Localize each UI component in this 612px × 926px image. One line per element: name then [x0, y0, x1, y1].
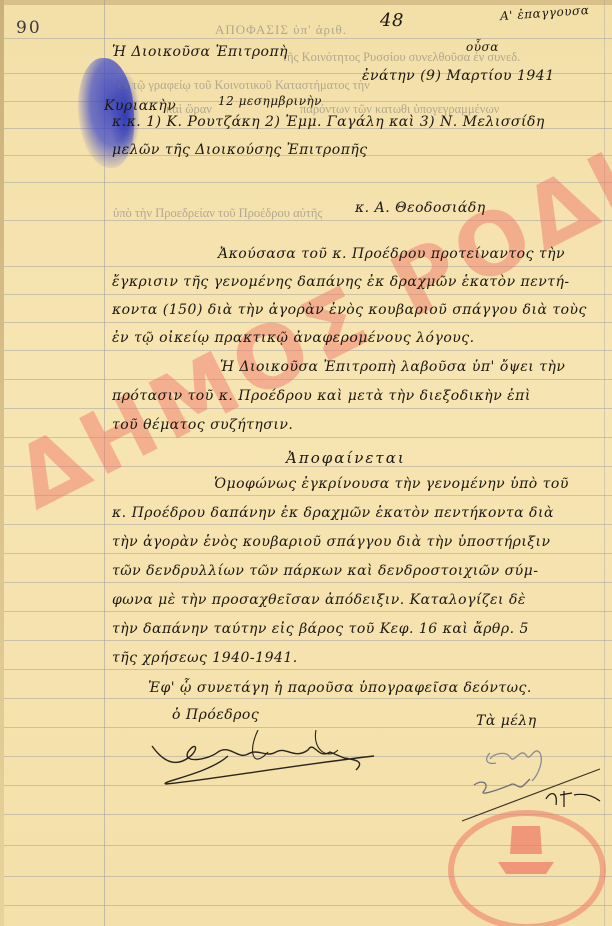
body-line: Ἡ Διοικοῦσα Ἐπιτροπὴ λαβοῦσα ὑπ' ὄψει τὴ…: [220, 359, 565, 375]
body-line: Ἀκούσασα τοῦ κ. Προέδρου προτείναντος τὴ…: [218, 246, 565, 262]
ruled-line: [0, 640, 612, 641]
body-line: τοῦ θέματος συζήτησιν.: [112, 417, 293, 433]
president-name: κ. Α. Θεοδοσιάδη: [355, 200, 486, 216]
body-line: κοντα (150) διὰ τὴν ἀγορὰν ἑνὸς κουβαριο…: [112, 302, 587, 318]
members-present: κ.κ. 1) Κ. Ρουτζάκη 2) Ἐμμ. Γαγάλη καὶ 3…: [112, 114, 545, 130]
session-label: Α' ἐπαγγουσα: [500, 3, 590, 23]
ruled-line: [0, 524, 612, 525]
printed-decision-header: ΑΠΟΦΑΣΙΣ ὑπ' ἀριθ.: [215, 22, 347, 38]
decision-heading: Ἀποφαίνεται: [286, 449, 406, 467]
ruled-line: [0, 38, 612, 39]
decision-line: κ. Προέδρου δαπάνην ἐκ δραχμῶν ἑκατὸν πε…: [112, 505, 554, 521]
body-line: πρότασιν τοῦ κ. Προέδρου καὶ μετὰ τὴν δι…: [112, 388, 531, 404]
page-number: 90: [16, 18, 42, 38]
decision-number: 48: [380, 10, 404, 31]
president-label: ὁ Πρόεδρος: [172, 707, 259, 723]
closing-statement: Ἐφ' ᾧ συνετάγη ἡ παροῦσα ὑπογραφεῖσα δεό…: [148, 680, 532, 696]
printed-line: ἐν τῷ γραφείῳ τοῦ Κοινοτικοῦ Καταστήματο…: [118, 78, 370, 93]
header-line: μελῶν τῆς Διοικούσης Ἐπιτροπῆς: [112, 142, 368, 158]
ruled-line: [0, 582, 612, 583]
ruled-line: [0, 611, 612, 612]
document-page: ΔΗΜΟΣ ΡΟΔΙΩΝ 90 ΑΠΟΦΑΣΙΣ ὑπ' ἀριθ. 48 Α'…: [0, 0, 612, 926]
decision-line: τῶν δενδρυλλίων τῶν πάρκων καὶ δενδροστο…: [112, 563, 539, 579]
ruled-line: [0, 553, 612, 554]
decision-line: τὴν ἀγορὰν ἑνὸς κουβαριοῦ σπάγγου διὰ τὴ…: [112, 534, 551, 550]
ruled-line: [0, 698, 612, 699]
members-label: Τὰ μέλη: [476, 713, 537, 729]
decision-line: Ὁμοφώνως ἐγκρίνουσα τὴν γενομένην ὑπὸ το…: [214, 476, 569, 492]
decision-line: φωνα μὲ τὴν προσαχθεῖσαν ἀπόδειξιν. Κατα…: [112, 592, 526, 608]
meeting-date: ἐνάτην (9) Μαρτίου 1941: [362, 68, 555, 84]
ruled-line: [0, 669, 612, 670]
decision-line: τὴν δαπάνην ταύτην εἰς βάρος τοῦ Κεφ. 16…: [112, 621, 529, 637]
header-line: Ἡ Διοικοῦσα Ἐπιτροπὴ: [112, 44, 288, 60]
decision-line: τῆς χρήσεως 1940-1941.: [112, 650, 298, 666]
header-line: οὖσα: [466, 40, 499, 54]
ship-emblem-icon: [496, 818, 556, 880]
president-signature: [148, 730, 378, 810]
body-line: ἐν τῷ οἰκείῳ πρακτικῷ ἀναφερομένους λόγο…: [112, 330, 475, 346]
body-line: ἔγκρισιν τῆς γενομένης δαπάνης ἐκ δραχμῶ…: [112, 274, 570, 290]
printed-line: ὑπὸ τὴν Προεδρείαν τοῦ Προέδρου αὐτῆς: [113, 206, 322, 221]
